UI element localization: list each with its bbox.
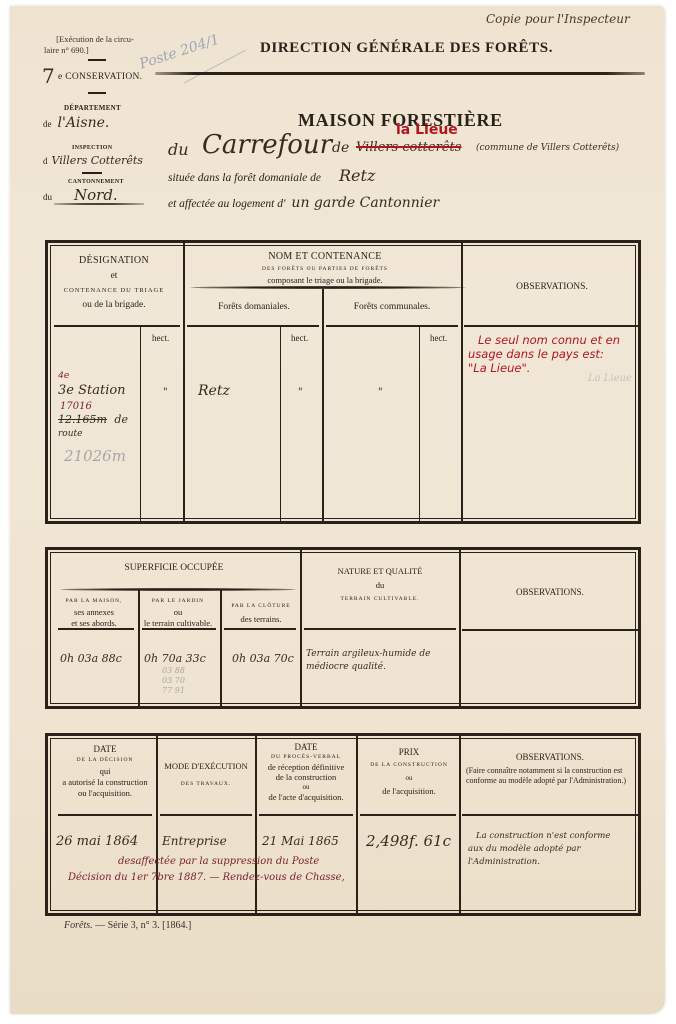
t1-col2-sub1: DES FORÊTS OU PARTIES DE FORÊTS	[186, 263, 464, 275]
t1-col1-h2: et	[54, 270, 174, 282]
t3-annotation-l2: Décision du 1er 7bre 1887. — Rendez-vous…	[68, 870, 468, 886]
t1-header-rule-1	[54, 325, 180, 327]
t2-header-rule-2	[142, 628, 216, 630]
t1-observation-red-l2: usage dans le pays est:	[468, 347, 638, 361]
cantonnement-value: Nord.	[74, 186, 118, 204]
t3-col3-h4: de la construction	[256, 772, 356, 782]
t1-header-rule-3	[326, 325, 458, 327]
de-struck-value: Villers cotterêts	[356, 140, 461, 155]
t1-col2-title: NOM ET CONTENANCE	[186, 251, 464, 263]
t1-header-rule-4	[464, 325, 638, 327]
t3-col5-h2: (Faire connaître notamment si la constru…	[462, 766, 638, 786]
t3-col1-h2: DE LA DÉCISION	[54, 755, 156, 766]
t1-col3-header: OBSERVATIONS.	[462, 281, 642, 293]
conservation-number: 7	[42, 64, 55, 88]
circulaire-note: [Exécution de la circu- laire n° 690.]	[40, 34, 150, 56]
t2-col2-h1: PAR LE JARDIN	[136, 596, 220, 607]
t2-col2-h2: ou	[136, 607, 220, 618]
t2-nature-value: Terrain argileux-humide de médiocre qual…	[306, 648, 456, 674]
left-divider-2	[88, 92, 106, 94]
t3-col3-h3: de réception définitive	[256, 762, 356, 772]
t3-header-rule-5	[462, 814, 638, 816]
t3-observations-l1: La construction n'est conforme	[468, 830, 638, 843]
t3-date-pv: 21 Mai 1865	[262, 834, 339, 848]
t1-communales-value: "	[378, 387, 383, 398]
t2-col4-h3: TERRAIN CULTIVABLE.	[302, 592, 458, 606]
conservation-row: 7 e CONSERVATION.	[36, 66, 156, 92]
t3-col4-h1: PRIX	[360, 746, 458, 759]
inspection-prefix: d	[43, 156, 48, 166]
departement-label: DÉPARTEMENT	[64, 104, 121, 112]
situee-line: située dans la forêt domaniale de Retz	[168, 166, 375, 186]
inspection-field: d Villers Cotterêts	[43, 151, 163, 167]
title-rule	[155, 72, 645, 75]
t3-col4-h3: ou	[360, 772, 458, 785]
t1-designation-red2: 17016	[60, 401, 92, 412]
t2-jardin-pencil-3: 77 91	[162, 686, 185, 696]
t1-col1-header: DÉSIGNATION et CONTENANCE DU TRIAGE ou d…	[54, 255, 174, 311]
left-divider-3	[82, 172, 102, 174]
t1-unit-1: hect.	[152, 333, 169, 343]
t1-unit-3: hect.	[430, 333, 447, 343]
t3-mode: Entreprise	[162, 834, 227, 848]
affectee-label: et affectée au logement d'	[168, 198, 285, 210]
t3-col4-header: PRIX DE LA CONSTRUCTION ou de l'acquisit…	[360, 746, 458, 798]
t3-date-decision: 26 mai 1864	[56, 834, 138, 849]
t2-header-rule-4	[304, 628, 456, 630]
t3-vline-1	[156, 736, 158, 913]
du-value: Carrefour	[202, 130, 332, 160]
t1-header-rule-2	[187, 325, 319, 327]
t1-designation-pencil: 21026m	[64, 447, 126, 465]
t1-col2b-header: Forêts communales.	[324, 301, 460, 313]
t3-col2-h2: DES TRAVAUX.	[158, 778, 254, 790]
t1-observation-red: Le seul nom connu et en usage dans le pa…	[468, 333, 638, 375]
affectee-line: et affectée au logement d' un garde Cant…	[168, 194, 439, 212]
t2-jardin-value: 0h 70a 33c	[144, 652, 206, 665]
affectee-value: un garde Cantonnier	[291, 195, 439, 211]
t1-observation-red-l1: Le seul nom connu et en	[468, 333, 638, 347]
t1-vline-1	[183, 243, 185, 521]
t3-col4-h4: de l'acquisition.	[360, 785, 458, 798]
t2-col4-header: NATURE ET QUALITÉ du TERRAIN CULTIVABLE.	[302, 564, 458, 606]
t2-col1-header: PAR LA MAISON, ses annexes et ses abords…	[54, 596, 134, 629]
departement-value: l'Aisne.	[58, 115, 110, 131]
t1-designation-line4: route	[58, 429, 82, 439]
situee-value: Retz	[339, 166, 375, 185]
t1-col1-h4: ou de la brigade.	[54, 299, 174, 311]
departement-field: de l'Aisne.	[43, 114, 143, 130]
t2-cloture-value: 0h 03a 70c	[232, 652, 294, 665]
t3-col1-h3: qui	[54, 766, 156, 777]
t1-vline-5	[280, 327, 281, 521]
t3-col1-h5: ou l'acquisition.	[54, 788, 156, 799]
t1-hect2-value: "	[298, 387, 303, 398]
t2-nature-l2: médiocre qualité.	[306, 661, 456, 674]
t2-vline-2	[220, 590, 222, 706]
t3-col3-h1: DATE	[256, 742, 356, 752]
t2-jardin-pencil-1: 03 88	[162, 666, 185, 676]
t3-col5-header: OBSERVATIONS. (Faire connaître notamment…	[462, 752, 638, 786]
t3-observations: La construction n'est conforme aux du mo…	[468, 830, 638, 869]
t3-observations-l3: l'Administration.	[468, 856, 638, 869]
t1-designation-struck: 12.165m de	[58, 413, 128, 426]
t1-group-rule	[190, 286, 466, 289]
t2-header-rule-3	[224, 628, 296, 630]
t3-vline-4	[459, 736, 461, 913]
t2-col1-h2: ses annexes	[54, 607, 134, 618]
t3-col3-h6: de l'acte d'acquisition.	[256, 792, 356, 802]
t1-col2-header: NOM ET CONTENANCE DES FORÊTS OU PARTIES …	[186, 251, 464, 285]
page-title: DIRECTION GÉNÉRALE DES FORÊTS.	[260, 40, 553, 57]
t1-col1-h1: DÉSIGNATION	[54, 255, 174, 267]
t2-col4-h2: du	[302, 578, 458, 592]
t1-col2a-header: Forêts domaniales.	[186, 301, 322, 313]
flourish-rule	[54, 203, 144, 205]
t2-maison-value: 0h 03a 88c	[60, 652, 122, 665]
t1-vline-2	[322, 289, 324, 521]
t2-header-rule-5	[462, 629, 638, 631]
t1-observation-pencil: La Lieue	[588, 373, 632, 384]
t3-observations-l2: aux du modèle adopté par	[468, 843, 638, 856]
de-prefix: de	[332, 140, 349, 156]
t3-col1-h1: DATE	[54, 744, 156, 755]
t3-vline-2	[255, 736, 257, 913]
maison-du-line: du Carrefour de Villers cotterêts la Lie…	[160, 126, 670, 162]
departement-prefix: de	[43, 119, 52, 129]
t3-header-rule-2	[160, 814, 252, 816]
t3-vline-3	[356, 736, 358, 913]
table-construction: DATE DE LA DÉCISION qui a autorisé la co…	[45, 733, 641, 916]
t1-designation-struck-text: 12.165m	[58, 413, 107, 426]
table-superficie: SUPERFICIE OCCUPÉE PAR LA MAISON, ses an…	[45, 547, 641, 709]
t1-designation-line1: 3e Station	[58, 383, 126, 398]
t2-col4-h1: NATURE ET QUALITÉ	[302, 564, 458, 578]
t2-header-rule-1	[58, 628, 134, 630]
t2-col3-header: PAR LA CLÔTURE des terrains.	[222, 600, 300, 626]
t1-domaniales-value: Retz	[198, 383, 230, 399]
t2-col5-header: OBSERVATIONS.	[462, 586, 638, 598]
t1-col1-h3: CONTENANCE DU TRIAGE	[54, 285, 174, 297]
t2-col3-h1: PAR LA CLÔTURE	[222, 600, 300, 613]
commune-note: (commune de Villers Cotterêts)	[476, 143, 619, 153]
t2-group-rule	[60, 588, 296, 591]
t2-col2-header: PAR LE JARDIN ou le terrain cultivable.	[136, 596, 220, 629]
t3-col4-h2: DE LA CONSTRUCTION	[360, 759, 458, 772]
left-divider	[88, 59, 106, 61]
t2-vline-1	[138, 590, 140, 706]
t3-header-rule-3	[259, 814, 353, 816]
t3-col3-h2: DU PROCÈS-VERBAL	[256, 752, 356, 762]
document-page: [Exécution de la circu- laire n° 690.] P…	[10, 6, 665, 1014]
t2-vline-4	[459, 550, 461, 706]
t3-header-rule-4	[360, 814, 456, 816]
t2-nature-l1: Terrain argileux-humide de	[306, 648, 456, 661]
t3-col3-h5: ou	[256, 782, 356, 792]
cantonnement-label: CANTONNEMENT	[68, 179, 124, 185]
t3-prix: 2,498f. 61c	[366, 832, 451, 850]
t3-annotation: desaffectée par la suppression du Poste …	[68, 854, 468, 886]
footer-series-rest: — Série 3, n° 3. [1864.]	[93, 920, 192, 931]
situee-label: située dans la forêt domaniale de	[168, 172, 321, 184]
footer-series: Forêts. — Série 3, n° 3. [1864.]	[64, 920, 191, 931]
de-red-correction: la Lieue	[396, 122, 458, 138]
conservation-label: e CONSERVATION.	[58, 72, 142, 82]
t3-col1-header: DATE DE LA DÉCISION qui a autorisé la co…	[54, 744, 156, 799]
t1-hect1-value: "	[163, 387, 168, 398]
inspection-value: Villers Cotterêts	[52, 154, 143, 167]
t1-vline-6	[419, 327, 420, 521]
t1-designation-line3: de	[114, 413, 128, 426]
t3-col1-h4: a autorisé la construction	[54, 777, 156, 788]
t2-col1-h1: PAR LA MAISON,	[54, 596, 134, 607]
t1-vline-3	[461, 243, 463, 521]
table-triage: DÉSIGNATION et CONTENANCE DU TRIAGE ou d…	[45, 240, 641, 524]
du-prefix: du	[168, 140, 189, 159]
footer-series-italic: Forêts.	[64, 920, 93, 931]
t1-vline-4	[140, 327, 141, 521]
t1-col2-sub2: composant le triage ou la brigade.	[186, 275, 464, 285]
top-right-note: Copie pour l'Inspecteur	[486, 12, 630, 26]
t2-vline-3	[300, 550, 302, 706]
cantonnement-field: du Nord.	[43, 186, 153, 204]
t3-annotation-l1: desaffectée par la suppression du Poste	[68, 854, 468, 870]
t3-col3-header: DATE DU PROCÈS-VERBAL de réception défin…	[256, 742, 356, 802]
t1-unit-2: hect.	[291, 333, 308, 343]
circulaire-line1: [Exécution de la circu-	[40, 34, 150, 45]
t2-col3-h2: des terrains.	[222, 613, 300, 626]
t3-col2-h1: MODE D'EXÉCUTION	[158, 760, 254, 772]
t2-group-header: SUPERFICIE OCCUPÉE	[54, 562, 294, 574]
t1-designation-red: 4e	[58, 371, 69, 381]
t2-jardin-pencil: 03 88 03 70 77 91	[162, 666, 185, 696]
t2-jardin-pencil-2: 03 70	[162, 676, 185, 686]
circulaire-line2: laire n° 690.]	[40, 45, 150, 56]
t3-col5-h1: OBSERVATIONS.	[462, 752, 638, 762]
cantonnement-prefix: du	[43, 192, 52, 202]
t3-col2-header: MODE D'EXÉCUTION DES TRAVAUX.	[158, 760, 254, 790]
t3-header-rule-1	[58, 814, 152, 816]
